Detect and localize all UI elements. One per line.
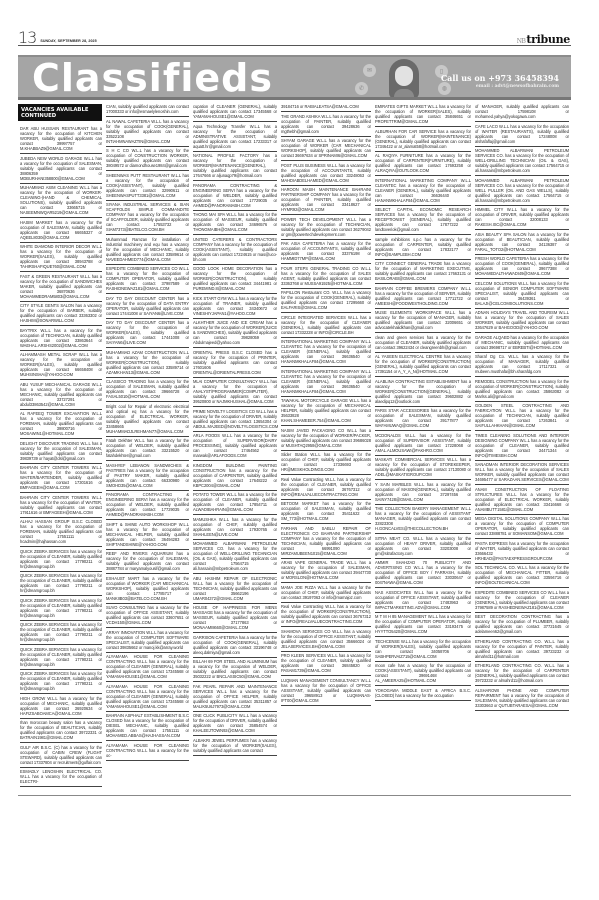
classified-ad: SHYAM GARAGE W.L.L has a vacancy for the… xyxy=(281,137,371,162)
classified-ad: GULF AIR B.S.C. (C) has a vacancy for th… xyxy=(20,743,102,768)
classified-ad: MASKATI COMMERCIAL SERVICES W.L.L has a … xyxy=(375,456,471,481)
classified-ad: MAMUSHKA W.L.L has a vacancy for the occ… xyxy=(193,515,277,540)
classified-ad: moon cafe has a vacancy for the occupati… xyxy=(375,662,471,687)
mascot-illustration xyxy=(386,59,422,97)
classified-ad: MOHAMMED ALBARWANI PETROLEUM SERVICES CO… xyxy=(475,176,569,206)
classified-ad: clean and green services has a vacancy f… xyxy=(375,333,471,353)
logo-mark-icon: NB xyxy=(517,38,526,45)
classified-ad: DAY TO DAY DISCOUNT CENTER has a vacancy… xyxy=(106,294,189,319)
classified-ad: SHEENWAS PUTT RESTAURANT W.L.L has a vac… xyxy=(106,171,189,201)
classified-ad: ARLA FOODS W.L.L has a vacancy for the o… xyxy=(193,432,277,462)
classified-ad: ABU YUSUF MECHANICAL GARAGE W.L.L has a … xyxy=(20,380,102,410)
classified-ad: cupation of CLEANER (GENERAL), suitably … xyxy=(193,104,277,122)
classified-ad: THE GRAND ASHIKA W.L.L has a vacancy for… xyxy=(281,112,371,137)
issue-date: SUNDAY, SEPTEMBER 28, 2025 xyxy=(40,39,96,43)
phone-icon: ✆ xyxy=(355,82,368,95)
classified-ad: GARAGE ALQAED has a vacancy for the occu… xyxy=(475,333,569,353)
classified-ad: ARAB VAPE GENERAL TRADE W.L.L has a vaca… xyxy=(281,559,371,584)
classified-ad: THONG MAI SPA W.L.L has a vacancy for th… xyxy=(193,211,277,236)
classified-ad: ANAM CONSTRUCTION OF FLOATING STRUCTURES… xyxy=(475,485,569,515)
classified-ad: ASIA BEAUTY SPA SALON has a vacancy for … xyxy=(475,230,569,255)
banner-title: Classifieds xyxy=(32,57,273,97)
classified-ad: BETOOM MARKET has a vacancy for the occu… xyxy=(281,500,371,525)
classified-ad: HOUSE OF HAPPINESS FOR MENS MASSAGE has … xyxy=(193,604,277,634)
classified-ad: FAST & GREEN RESTAURANT W.L.L has a vaca… xyxy=(20,272,102,302)
classified-ad: ALBURHAN FOR CAR SERVICE has a vacancy f… xyxy=(375,127,471,152)
classified-ad: INTERNATIONAL MARKETING COMPANY W.L.L CL… xyxy=(281,367,371,397)
classified-ad: CELCOM SOLUTIONS W.L.L has a vacancy for… xyxy=(475,279,569,309)
classified-ad: BEST DECORATION CONTRACTING has a vacanc… xyxy=(475,613,569,638)
classified-ad: TIMES CLEANING SOLUTIONS AND INTERIOR DE… xyxy=(475,431,569,461)
classified-ad: PAK ASIA CAFETERIA has a vacancy for the… xyxy=(281,240,371,265)
classified-ad: CAFE LACO W.L.L has a vacancy for the oc… xyxy=(475,122,569,147)
classified-ad: BAHRAIN CITY CENTER TOWERS W.L.L has a v… xyxy=(20,464,102,494)
classified-ad: WHITE DIAMOND INTERIOR DECOR W.L.L has a… xyxy=(20,243,102,273)
classified-ad: EXPEDITE COMBINED SERVICES CO W.L.L has … xyxy=(106,265,189,295)
contact-info: Call us on +973 36458394 email : advt@ne… xyxy=(441,73,559,89)
header-rule xyxy=(18,45,571,46)
classified-ad: PARIS STAR ACCESSORIES has a vacancy for… xyxy=(375,407,471,432)
classified-ad: MCDONALDS W.L.L has a vacancy for the oc… xyxy=(375,431,471,456)
classified-ad: Fatah Dekhter W.L.L has a vacancy for th… xyxy=(106,437,189,462)
classified-ad: AL NAWAL CAFETERIA W.L.L has a vacancy f… xyxy=(106,117,189,147)
classified-ad: SHAMOVA SERVICES CO W.L.L has a vacancy … xyxy=(281,627,371,652)
classified-ad: PANORAMA CONTRACTING & ENGINEERING SERVI… xyxy=(193,181,277,211)
classified-ad: NAS ASSOCIATES W.L.L has a vacancy for t… xyxy=(375,588,471,613)
classified-ad: MEGA DIGITAL SOLUTIONS COMPANY W.L.L has… xyxy=(475,515,569,540)
call-number: Call us on +973 36458394 xyxy=(441,73,559,83)
classified-ad: MLAI COMPUTER CONSULTANCY W.L.L has a va… xyxy=(193,378,277,408)
classified-ad: Ihan moroccan beauty salon has a vacancy… xyxy=(20,719,102,744)
classified-ad: EMIRATES GIFTS MARKET W.L.L has a vacanc… xyxy=(375,104,471,127)
footer-rule xyxy=(18,795,571,796)
classified-ad: ALYAMAMA HOUSE FOR CLEANING CONTRACTING … xyxy=(106,653,189,683)
classified-ad: CIRCLE INTEGRATED SERVICES W.L.L has a v… xyxy=(281,313,371,338)
classified-ad: MASHYEF LEBANON SANDWICHES & PASTRIES ha… xyxy=(106,461,189,491)
classified-ad: QUICK ZEBRA SERVICES has a vacancy for t… xyxy=(20,547,102,572)
classified-ad: MOHAMMED ALBARWANI PETROLEUM SERVICES CO… xyxy=(475,147,569,177)
classified-ad: AL RAFEEQ TOWER EXCAVATION W.L.L has a v… xyxy=(20,410,102,440)
classified-ad: Slider Station W.L.L has a vacancy for t… xyxy=(281,451,371,476)
classified-ad: ETHERLAND CONTRACTING CO. W.L.L has a va… xyxy=(475,662,569,687)
classified-ad: BAHRAIN COFFEE BREWERS COMPANY W.L.L has… xyxy=(375,284,471,309)
classified-ad: ALHAJ HASSAN GROUP B.S.C CLOSED has a va… xyxy=(20,518,102,548)
classified-ad: POWER TECH DEVELOPMENT W.L.L has a vacan… xyxy=(281,215,371,240)
classified-ad: of MANAGER, suitably qualified applicant… xyxy=(475,104,569,122)
classified-ad: Sharaf Dg Co. W.L.L has a vacancy for th… xyxy=(475,353,569,378)
ad-column-2: CIAN, suitably qualified applicants can … xyxy=(104,104,191,794)
classified-ad: PANORAMA CONTRACTING & ENGINEERING SERVI… xyxy=(106,491,189,521)
classified-ad: FAK PEARL REPAIR AND MAINTENANCE SERVICE… xyxy=(193,682,277,712)
banner-rule xyxy=(18,97,571,100)
classified-ad: QUICK ZEBRA SERVICES has a vacancy for t… xyxy=(20,670,102,695)
classified-ad: 39184716 or RABIALEATSA@GMAIL.COM xyxy=(281,104,371,112)
classified-ad: ALYAMAMA HOUSE FOR CLEANING CONTRACTING … xyxy=(106,741,189,761)
classified-ad: Bright cool for Repair of electronic ele… xyxy=(106,402,189,437)
classified-ad: M T M H 85 MANAGEMENT W.L.L has a vacanc… xyxy=(375,613,471,638)
classified-ad: CLASSICO TRADING has a vacancy for the o… xyxy=(106,378,189,403)
classified-ad: ORIENTAL PRESS B.S.C CLOSED has a vacanc… xyxy=(193,348,277,378)
classified-ad: THE COLLECTION BAKERY MANAGEMENT W.L.L h… xyxy=(375,505,471,535)
classified-ad: ALKHTHER JUICE AND ICE CREAM has a vacan… xyxy=(193,319,277,349)
classified-ad: ETHERLAND CONTRACTING CO. W.L.L has a va… xyxy=(475,637,569,662)
classified-ad: MUHAMMAD AZAM CONSTRUCTION W.L.L has a v… xyxy=(106,348,189,378)
classified-ad: YOKOGAWA MIDDLE EAST & AFRICA B.S.C. (CL… xyxy=(375,686,471,701)
contact-email: email : advt@newsofbahrain.com xyxy=(441,84,559,89)
ad-column-6: of MANAGER, suitably qualified applicant… xyxy=(473,104,571,794)
classified-ad: GOOD LOOK HOME DECORATION has a vacancy … xyxy=(193,265,277,295)
classifieds-banner: Classifieds ✉ ✆ ▯ ◍ Call us on +973 3645… xyxy=(18,55,571,97)
classified-ad: S H C CO W.L.L has a vacancy for the occ… xyxy=(106,147,189,172)
page-header: 13 SUNDAY, SEPTEMBER 28, 2025 xyxy=(18,27,273,45)
classified-ad: SITRA MEAT CO. W.L.L has a vacancy for t… xyxy=(375,534,471,559)
classified-ad: CITY CONNECT GENERAL TRADE has a vacancy… xyxy=(375,260,471,285)
classified-ad: BAHRAIN ASPHALT ESTABLISHMENT B.S.C CLOS… xyxy=(106,712,189,742)
classified-ad: KICK START GYM W.L.L has a vacancy for t… xyxy=(193,294,277,319)
classified-ad: UNITED CATERERS & CONTRACTORS COMPANY ha… xyxy=(193,235,277,265)
classified-ad: SANADMAN INTERIOR DECORATION SERVICES W.… xyxy=(475,461,569,486)
ad-column-3: cupation of CLEANER (GENERAL), suitably … xyxy=(191,104,279,794)
classified-ad: sample exhibitions s.p.c has a vacancy f… xyxy=(375,235,471,260)
classified-ad: DELIGHT DISCOVER TRADING W.L.L has a vac… xyxy=(20,439,102,464)
classified-ad: FOUR STEPS GENERAL TRADING CO W.L.L has … xyxy=(281,264,371,289)
classified-ad: ABU HASHIM REPAIR OF ELECTRONIC W.L.L ha… xyxy=(193,574,277,604)
ad-column-5: EMIRATES GIFTS MARKET W.L.L has a vacanc… xyxy=(373,104,473,794)
classified-ad: BAYTRIX W.L.L has a vacancy for the occu… xyxy=(20,326,102,351)
classified-ad: ESMADLY LENOSHIN ELECTRICAL CO. W.L.L ha… xyxy=(20,768,102,788)
classified-ad: POTATO TOWER W.L.L has a vacancy for the… xyxy=(193,491,277,516)
classified-ad: MUSE ELEMENTS WORKSPACE W.L.L has a vaca… xyxy=(375,309,471,334)
classified-ad: EXHAUST MART has a vacancy for the occup… xyxy=(106,574,189,604)
classified-ad: BILLAH 69 FOR STEEL AND ALUMINIUM has a … xyxy=(193,658,277,683)
classified-columns: DAR ABU HUSSAIN RESTAURANT has a vacancy… xyxy=(18,104,571,794)
ad-column-1: DAR ABU HUSSAIN RESTAURANT has a vacancy… xyxy=(18,104,104,794)
classified-ad: MOHAMMED ALBARWANI PETROLEUM SERVICES CO… xyxy=(193,540,277,575)
classified-ad: ALBAKRI JEWEL PERFUMES has a vacancy for… xyxy=(193,736,277,756)
classified-ad: AL RAQIYA FURNITURE has a vacancy for th… xyxy=(375,152,471,177)
classified-ad: GARRISON CAFETERIA has a vacancy for the… xyxy=(193,633,277,658)
classified-ad: TAWAKAL MOTORCYCLE GARAGE W.L.L has a va… xyxy=(281,397,371,427)
classified-ad: MUHAMMAD ASIM CLEANING W.L.L has a vacan… xyxy=(20,184,102,219)
classified-ad: SOL TECHNICAL CO. W.L.L has a vacancy fo… xyxy=(475,564,569,589)
classified-ad: AMMIR SHAHZAD 70 PUBLICITY AND ADVERTISI… xyxy=(375,559,471,589)
envelope-icon: ✉ xyxy=(363,64,376,77)
ad-column-4: 39184716 or RABIALEATSA@GMAIL.COMTHE GRA… xyxy=(279,104,373,794)
classified-ad: FRESH WORLD CAFETERIA has a vacancy for … xyxy=(475,255,569,280)
classified-ad: REEF AND RIVERS AQUARIUM has a vacancy f… xyxy=(106,550,189,575)
classified-ad: ONE CLICK PUBLICITY W.L.L has a vacancy … xyxy=(193,712,277,737)
classified-ad: INTERNATIONAL MARKETING COMPANY W.L.L CL… xyxy=(375,176,471,206)
classified-ad: GOLDEN STEEL CONTRACTING AND FABRICATION… xyxy=(475,402,569,432)
classified-ad: DAY TO DAY DISCOUNT CENTER has a vacancy… xyxy=(106,319,189,349)
classified-ad: PASTA EXPRESS has a vacancy for the occu… xyxy=(475,539,569,564)
classified-ad: QUICK ZEBRA SERVICES has a vacancy for t… xyxy=(20,621,102,646)
classified-ad: AL YASEEN ELECTRICAL CENTRE has a vacanc… xyxy=(375,353,471,378)
classified-ad: ALHAMMASH METAL SCRAP W.L.L has a vacanc… xyxy=(20,351,102,381)
classified-ad: TECHCENSE W.L.L has a vacancy for the oc… xyxy=(375,637,471,662)
classified-ad: Muhammad Ramzan for installation of indu… xyxy=(106,235,189,265)
classified-ad: SIYANA INDUSTRIAL SERVICES & SIAN SCAFFO… xyxy=(106,201,189,236)
classified-ad: ADNAN HOLIDAYS TRAVEL AND TOURISM W.L.L … xyxy=(475,309,569,334)
classified-ad: QUICK ZEBRA SERVICES has a vacancy for t… xyxy=(20,572,102,597)
classified-ad: QUICK ZEBRA SERVICES has a vacancy for t… xyxy=(20,645,102,670)
classified-ad: ARRAY INNOVATION W.L.L has a vacancy for… xyxy=(106,628,189,653)
classified-ad: PAPILLON Restaurant CO. W.L.L has a vaca… xyxy=(281,289,371,314)
classified-ad: JUBEDA NEW WORLD GARAGE W.L.L has a vaca… xyxy=(20,154,102,184)
classified-ad: Real Value Contracting W.L.L has a vacan… xyxy=(281,475,371,500)
classified-ad: EXPEDITE COMBINED SERVICES CO W.L.L has … xyxy=(475,588,569,613)
classified-ad: PRO KLEEN SERVICES W.L.L has a vacancy f… xyxy=(281,652,371,677)
classified-ad: PRIME NOVELTY LOGISTICS CO W.L.L has a v… xyxy=(193,407,277,432)
page-number: 13 xyxy=(18,31,36,45)
classified-ad: NASIM JAVED PACKAGING CO W.L.L has a vac… xyxy=(281,426,371,451)
section-label: VACANCIES AVAILABLE CONTINUED xyxy=(18,104,102,121)
classified-ad: QUICK ZEBRA SERVICES has a vacancy for t… xyxy=(20,596,102,621)
classified-ad: LUQMAN MANAGEMENT CONSULTANCY W.L.L has … xyxy=(281,676,371,706)
classified-ad: Real Value Contracting W.L.L has a vacan… xyxy=(281,603,371,628)
classified-ad: INTERNATIONAL MARKETING COMPANY W.L.L CL… xyxy=(281,338,371,368)
classified-ad: ALABLINA CONTRACTING ESTABLISHMENT has a… xyxy=(375,377,471,407)
classified-ad: MAMA JOE PIZZA W.L.L has a vacancy for t… xyxy=(281,583,371,603)
classified-ad: SHIFT & SHINE AUTO WORKSHOP W.L.L has a … xyxy=(106,520,189,550)
classified-ad: SUVO CONSULTING has a vacancy for the oc… xyxy=(106,604,189,629)
classified-ad: REMODEL CONSTRUCTION has a vacancy for t… xyxy=(475,377,569,402)
classified-ad: CITY STYLE GENTS SALON has a vacancy for… xyxy=(20,302,102,327)
classified-ad: ALYAMAMA HOUSE FOR CLEANING CONTRACTING … xyxy=(106,682,189,712)
classified-ad: Aqua Technology Transfer W.L.L has a vac… xyxy=(193,122,277,152)
classified-ad: Y SAIN MARBLES W.L.L has a vacancy for t… xyxy=(375,480,471,505)
classified-ad: POST PLUS BUSINESS W.L.L has a vacancy f… xyxy=(281,161,371,186)
classified-ad: FARHAN AND SABLU REPAIR OF ELECTRONICS C… xyxy=(281,524,371,559)
classified-ad: CIAN, suitably qualified applicants can … xyxy=(106,104,189,117)
classified-ad: SELECT CAPITAL ECONOMIC RESEARCH SERVICE… xyxy=(375,206,471,236)
classified-ad: HIGH GROW W.L.L has a vacancy for the oc… xyxy=(20,694,102,719)
classified-ad: HASIM MARKET has a vacancy for the occup… xyxy=(20,218,102,243)
classified-ad: NATIONAL PROFILE FACTORY has a vacancy f… xyxy=(193,152,277,182)
classified-ad: KINGDOM BUILDING PAINTING CONSTRUCTION h… xyxy=(193,461,277,491)
classified-ad: ALSHAROWI PHONE AND COMPUTER REPAIRMENT … xyxy=(475,686,569,711)
classified-ad: HAROON MASIH MAINTENANCE BAHRAINI PARTNE… xyxy=(281,186,371,216)
classified-ad: DAR ABU HUSSAIN RESTAURANT has a vacancy… xyxy=(20,126,102,154)
classified-ad: HIMMEL CITY W.L.L has a vacancy for the … xyxy=(475,206,569,231)
classified-ad: BAHRAIN CITY CENTER TOWERS W.L.L has a v… xyxy=(20,493,102,518)
